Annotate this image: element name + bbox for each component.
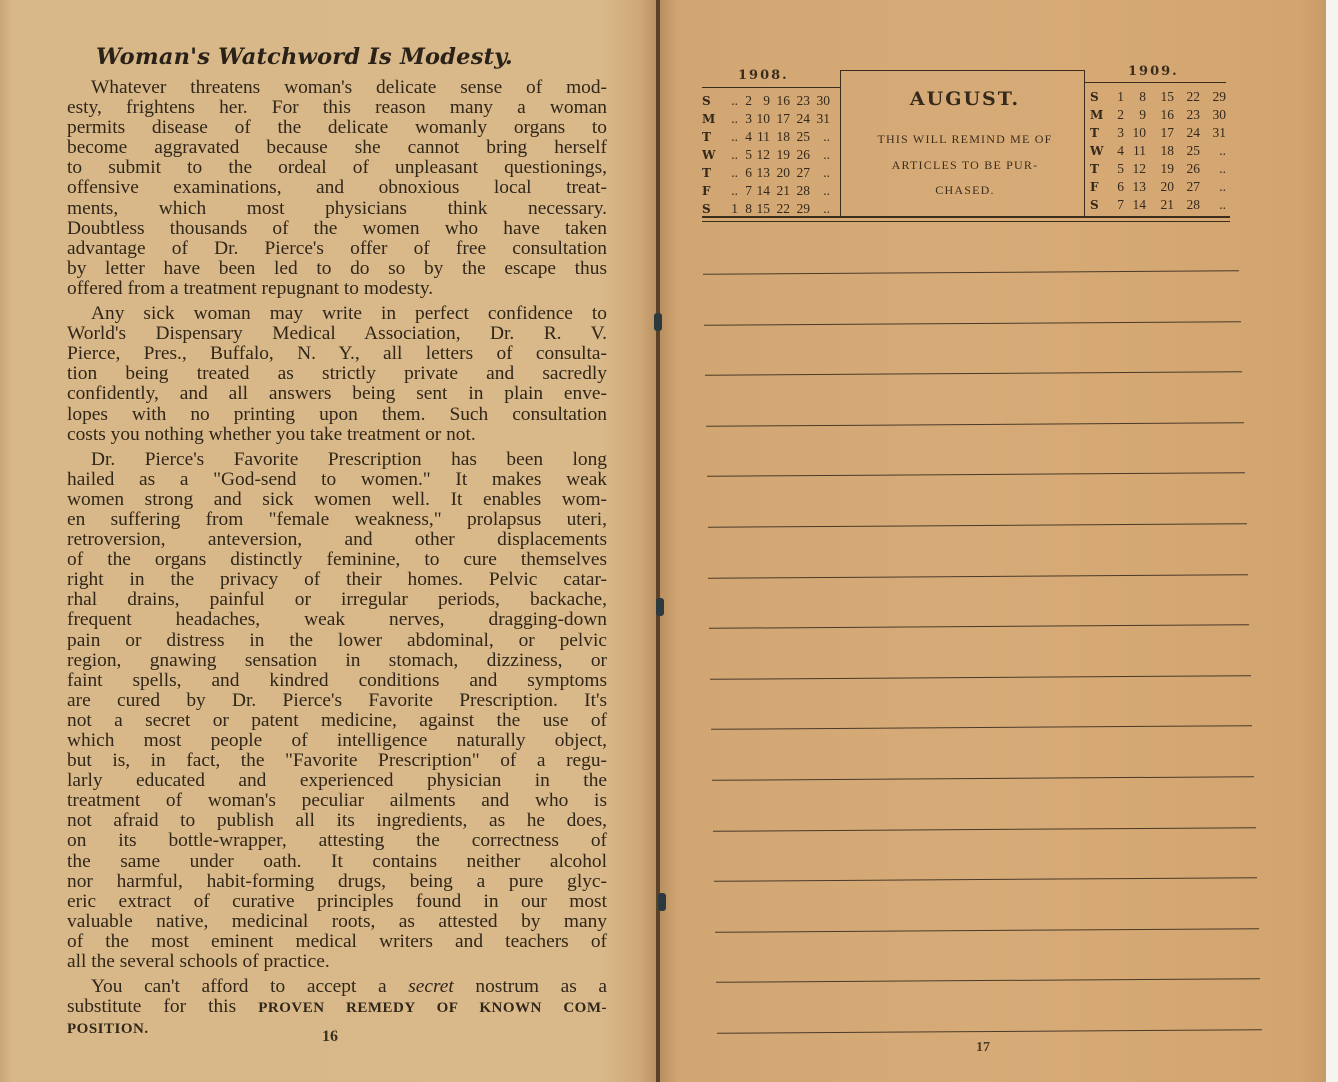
calendar-row: T5121926.. [1090,160,1230,178]
month-subtitle-line: THIS WILL REMIND ME OF [842,132,1088,147]
calendar-day: 24 [790,110,810,128]
page-number-left: 16 [322,1028,338,1046]
calendar-day: 6 [1110,178,1124,196]
weekday-label: T [1090,124,1110,142]
text-line: offensive examinations, and obnoxious lo… [67,178,607,198]
text-line: right in the privacy of their homes. Pel… [67,570,607,590]
calendar-day: 7 [1110,196,1124,214]
calendar-day: 23 [790,92,810,110]
article-body: Whatever threatens woman's delicate sens… [67,78,607,1039]
calendar-day: 14 [1124,196,1146,214]
text-line: valuable native, medicinal roots, as att… [67,912,607,932]
calendar-day: 11 [752,128,770,146]
calendar-day: 5 [738,146,752,164]
calendar-day: 28 [790,182,810,200]
calendar-day: 22 [1174,88,1200,106]
calendar-day: 7 [738,182,752,200]
calendar-day: .. [722,128,738,146]
weekday-label: T [702,164,722,182]
calendar-day: 4 [738,128,752,146]
calendar-row: W4111825.. [1090,142,1230,160]
text-line: treatment of woman's peculiar ailments a… [67,791,607,811]
calendar-1909: S18152229M29162330T310172431W4111825..T5… [1090,88,1230,214]
text-line: frequent headaches, weak nerves, draggin… [67,610,607,630]
page-number-right: 17 [976,1040,990,1056]
left-page: Woman's Watchword Is Modesty. Whatever t… [0,0,658,1082]
text-line: on its bottle-wrapper, attesting the cor… [67,831,607,851]
calendar-day: .. [722,92,738,110]
text-line: retroversion, anteversion, and other dis… [67,530,607,550]
calendar-1908: S..29162330M..310172431T..4111825..W..51… [702,92,842,218]
weekday-label: S [1090,88,1110,106]
text-line: Whatever threatens woman's delicate sens… [67,78,607,98]
divider [1084,70,1085,216]
weekday-label: F [702,182,722,200]
calendar-day: 4 [1110,142,1124,160]
calendar-row: S7142128.. [1090,196,1230,214]
text-line: ments, which most physicians think neces… [67,199,607,219]
text-line: nor harmful, habit-forming drugs, being … [67,872,607,892]
calendar-day: 10 [1124,124,1146,142]
calendar-1908-year: 1908. [738,68,789,83]
text-line: of the most eminent medical writers and … [67,932,607,952]
calendar-day: 16 [1146,106,1174,124]
text-line: the same under oath. It contains neither… [67,852,607,872]
scan-background [1326,0,1338,1082]
text-line: tion being treated as strictly private a… [67,364,607,384]
calendar-day: 12 [752,146,770,164]
calendar-day: .. [810,128,830,146]
calendar-1909-year: 1909. [1128,64,1179,79]
header-rule [702,216,1230,218]
text-line: become aggravated because she cannot bri… [67,138,607,158]
calendar-row: T310172431 [1090,124,1230,142]
calendar-row: F6132027.. [1090,178,1230,196]
calendar-day: 2 [1110,106,1124,124]
calendar-day: 24 [1174,124,1200,142]
text-line: eric extract of curative principles foun… [67,892,607,912]
weekday-label: T [702,128,722,146]
calendar-day: 19 [770,146,790,164]
calendar-day: 13 [752,164,770,182]
text-line: faint spells, and kindred conditions and… [67,671,607,691]
header-rule [702,221,1230,222]
month-title: AUGUST. [842,88,1088,110]
weekday-label: S [1090,196,1110,214]
calendar-day: 27 [1174,178,1200,196]
calendar-day: 2 [738,92,752,110]
staple-icon [656,598,664,616]
text-line: all the several schools of practice. [67,952,607,972]
staple-icon [654,313,662,331]
text-line: region, gnawing sensation in stomach, di… [67,651,607,671]
calendar-day: 21 [1146,196,1174,214]
text-line: to submit to the ordeal of unpleasant qu… [67,158,607,178]
calendar-day: .. [1200,178,1226,196]
weekday-label: F [1090,178,1110,196]
calendar-day: 3 [1110,124,1124,142]
calendar-day: .. [722,146,738,164]
calendar-row: M29162330 [1090,106,1230,124]
text-line: hailed as a "God-send to women." It make… [67,470,607,490]
calendar-day: 10 [752,110,770,128]
calendar-row: F..7142128.. [702,182,842,200]
text-line: larly educated and experienced physician… [67,771,607,791]
calendar-day: 16 [770,92,790,110]
book-spread: Woman's Watchword Is Modesty. Whatever t… [0,0,1326,1082]
calendar-day: 19 [1146,160,1174,178]
calendar-day: .. [722,164,738,182]
calendar-row: S..29162330 [702,92,842,110]
calendar-day: 13 [1124,178,1146,196]
divider [702,87,840,88]
text-line: of the organs distinctly feminine, to cu… [67,550,607,570]
calendar-day: 3 [738,110,752,128]
staple-icon [658,893,666,911]
book-gutter [656,0,660,1082]
calendar-day: 18 [1146,142,1174,160]
calendar-day: 6 [738,164,752,182]
calendar-day: 27 [790,164,810,182]
calendar-day: 12 [1124,160,1146,178]
text-line: World's Dispensary Medical Association, … [67,324,607,344]
divider [840,70,841,216]
calendar-day: .. [1200,196,1226,214]
calendar-day: 30 [1200,106,1226,124]
calendar-day: 26 [790,146,810,164]
emphasis: secret [408,976,454,997]
text-line: Pierce, Pres., Buffalo, N. Y., all lette… [67,344,607,364]
calendar-day: .. [1200,142,1226,160]
weekday-label: W [702,146,722,164]
calendar-day: 17 [1146,124,1174,142]
text-line: by letter have been led to do so by the … [67,259,607,279]
text-line: women strong and sick women well. It ena… [67,490,607,510]
text-line: confidently, and all answers being sent … [67,384,607,404]
text-line: advantage of Dr. Pierce's offer of free … [67,239,607,259]
weekday-label: S [702,92,722,110]
calendar-day: 18 [770,128,790,146]
calendar-row: W..5121926.. [702,146,842,164]
calendar-day: 5 [1110,160,1124,178]
calendar-day: 29 [1200,88,1226,106]
calendar-day: 23 [1174,106,1200,124]
calendar-day: 30 [810,92,830,110]
text-line: rhal drains, painful or irregular period… [67,590,607,610]
calendar-day: 9 [752,92,770,110]
calendar-day: 1 [1110,88,1124,106]
text-line: are cured by Dr. Pierce's Favorite Presc… [67,691,607,711]
month-subtitle-line: ARTICLES TO BE PUR- [842,158,1088,173]
calendar-day: 20 [770,164,790,182]
weekday-label: M [702,110,722,128]
calendar-day: 20 [1146,178,1174,196]
calendar-day: 25 [790,128,810,146]
text-line: costs you nothing whether you take treat… [67,425,607,445]
text-line: Any sick woman may write in perfect conf… [67,304,607,324]
calendar-day: 8 [1124,88,1146,106]
calendar-day: 31 [810,110,830,128]
closing-line: You can't afford to accept a secret nost… [67,977,607,997]
text-line: Dr. Pierce's Favorite Prescription has b… [67,450,607,470]
weekday-label: W [1090,142,1110,160]
calendar-row: S18152229 [1090,88,1230,106]
calendar-day: .. [810,182,830,200]
text-line: Doubtless thousands of the women who hav… [67,219,607,239]
calendar-day: .. [722,182,738,200]
month-subtitle-line: CHASED. [842,183,1088,198]
text-line: not afraid to publish all its ingredient… [67,811,607,831]
calendar-day: 28 [1174,196,1200,214]
calendar-day: 26 [1174,160,1200,178]
calendar-day: .. [1200,160,1226,178]
text-line: en suffering from "female weakness," pro… [67,510,607,530]
divider [1084,82,1226,83]
calendar-day: .. [810,146,830,164]
text-line: which most people of intelligence natura… [67,731,607,751]
calendar-day: 31 [1200,124,1226,142]
calendar-day: 11 [1124,142,1146,160]
calendar-day: .. [722,110,738,128]
calendar-day: 9 [1124,106,1146,124]
closing-line: substitute for this PROVEN REMEDY OF KNO… [67,997,607,1018]
text-line: pain or distress in the lower abdominal,… [67,631,607,651]
calendar-row: T..6132027.. [702,164,842,182]
text-line: but is, in fact, the "Favorite Prescript… [67,751,607,771]
page-heading: Woman's Watchword Is Modesty. [96,44,596,70]
calendar-day: 17 [770,110,790,128]
text-line: esty, frightens her. For this reason man… [67,98,607,118]
calendar-row: M..310172431 [702,110,842,128]
text-line: permits disease of the delicate womanly … [67,118,607,138]
calendar-row: T..4111825.. [702,128,842,146]
calendar-day: 14 [752,182,770,200]
divider [840,70,1084,71]
calendar-day: .. [810,164,830,182]
text-line: not a secret or patent medicine, against… [67,711,607,731]
text-line: offered from a treatment repugnant to mo… [67,279,607,299]
calendar-day: 15 [1146,88,1174,106]
weekday-label: M [1090,106,1110,124]
weekday-label: T [1090,160,1110,178]
calendar-day: 21 [770,182,790,200]
text-line: lopes with no printing upon them. Such c… [67,405,607,425]
calendar-day: 25 [1174,142,1200,160]
